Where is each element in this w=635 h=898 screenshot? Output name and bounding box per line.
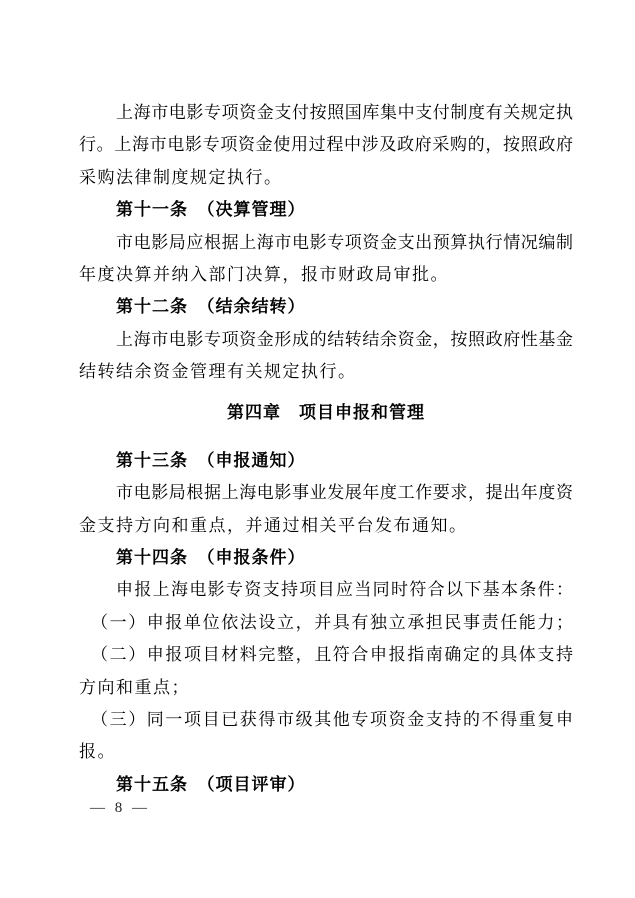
text-block: 上海市电影专项资金支付按照国库集中支付制度有关规定执行。上海市电影专项资金使用过…: [79, 97, 573, 801]
body-line: 金支持方向和重点，并通过相关平台发布通知。: [79, 510, 573, 542]
body-line: 结转结余资金管理有关规定执行。: [79, 356, 573, 388]
body-line: 年度决算并纳入部门决算，报市财政局审批。: [79, 259, 573, 291]
body-line: 市电影局根据上海电影事业发展年度工作要求，提出年度资: [79, 477, 573, 509]
article-heading: 第十一条 （决算管理）: [79, 194, 573, 226]
body-line: （三）同一项目已获得市级其他专项资金支持的不得重复申: [79, 704, 573, 736]
body-line: （二）申报项目材料完整，且符合申报指南确定的具体支持: [79, 639, 573, 671]
page-number: — 8 —: [90, 800, 150, 817]
body-line: 上海市电影专项资金形成的结转结余资金，按照政府性基金: [79, 324, 573, 356]
body-line: 采购法律制度规定执行。: [79, 162, 573, 194]
article-heading: 第十四条 （申报条件）: [79, 542, 573, 574]
document-page: 上海市电影专项资金支付按照国库集中支付制度有关规定执行。上海市电影专项资金使用过…: [0, 0, 635, 898]
article-heading: 第十三条 （申报通知）: [79, 445, 573, 477]
body-line: 行。上海市电影专项资金使用过程中涉及政府采购的，按照政府: [79, 129, 573, 161]
body-line: （一）申报单位依法设立，并具有独立承担民事责任能力；: [79, 607, 573, 639]
chapter-heading: 第四章 项目申报和管理: [79, 397, 573, 429]
article-heading: 第十五条 （项目评审）: [79, 769, 573, 801]
article-heading: 第十二条 （结余结转）: [79, 291, 573, 323]
body-line: 方向和重点；: [79, 672, 573, 704]
body-line: 市电影局应根据上海市电影专项资金支出预算执行情况编制: [79, 227, 573, 259]
body-line: 上海市电影专项资金支付按照国库集中支付制度有关规定执: [79, 97, 573, 129]
body-line: 报。: [79, 736, 573, 768]
body-line: 申报上海电影专资支持项目应当同时符合以下基本条件：: [79, 574, 573, 606]
